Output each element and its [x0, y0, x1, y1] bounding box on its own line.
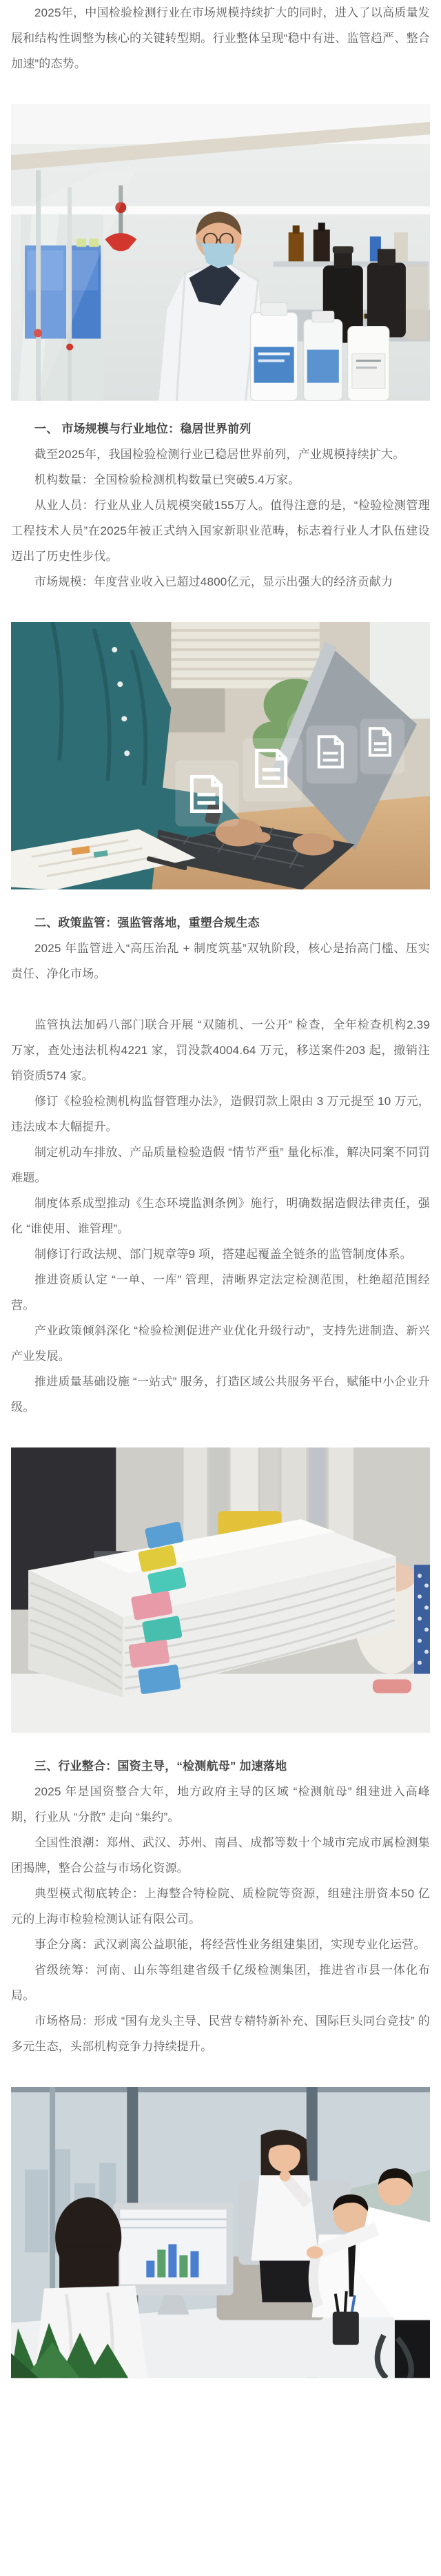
paragraph: 全国性浪潮：郑州、武汉、苏州、南昌、成都等数十个城市完成市属检测集团揭牌，整合公…	[11, 1830, 430, 1881]
lab-technician-photo	[11, 104, 430, 401]
paragraph: 从业人员：行业从业人员规模突破155万人。值得注意的是，“检验检测管理工程技术人…	[11, 493, 430, 569]
section-3-heading: 三、行业整合：国资主导，“检测航母” 加速落地	[11, 1753, 430, 1779]
paragraph: 机构数量：全国检验检测机构数量已突破5.4万家。	[11, 467, 430, 493]
paragraph: 制修订行政法规、部门规章等9 项，搭建起覆盖全链条的监管制度体系。	[11, 1241, 430, 1267]
paragraph: 修订《检验检测机构监督管理办法》，造假罚款上限由 3 万元提至 10 万元，违法…	[11, 1089, 430, 1140]
paragraph: 市场规模：年度营业收入已超过4800亿元，显示出强大的经济贡献力	[11, 569, 430, 595]
paragraph: 市场格局：形成 “国有龙头主导、民营专精特新补充、国际巨头同台竞技” 的多元生态…	[11, 2008, 430, 2059]
figure-documents	[11, 1447, 430, 1733]
section-1-heading: 一、 市场规模与行业地位：稳居世界前列	[11, 416, 430, 442]
office-team-meeting-photo	[11, 2087, 430, 2378]
paragraph: 推进质量基础设施 “一站式” 服务，打造区域公共服务平台，赋能中小企业升级。	[11, 1369, 430, 1420]
article-body: 2025年，中国检验检测行业在市场规模持续扩大的同时，进入了以高质量发展和结构性…	[0, 0, 441, 2378]
figure-lab	[11, 104, 430, 401]
figure-office-team	[11, 2087, 430, 2378]
section-2-heading: 二、政策监管：强监管落地，重塑合规生态	[11, 910, 430, 936]
paragraph: 事企分离：武汉剥离公益职能，将经营性业务组建集团，实现专业化运营。	[11, 1932, 430, 1957]
typing-laptop-documents-photo	[11, 622, 430, 890]
paragraph: 制度体系成型推动《生态环境监测条例》施行，明确数据造假法律责任，强化 “谁使用、…	[11, 1191, 430, 1241]
paragraph: 产业政策倾斜深化 “检验检测促进产业优化升级行动”，支持先进制造、新兴产业发展。	[11, 1318, 430, 1369]
figure-laptop	[11, 622, 430, 890]
paragraph: 监管执法加码八部门联合开展 “双随机、一公开” 检查，全年检查机构2.39 万家…	[11, 1012, 430, 1089]
paragraph: 截至2025年，我国检验检测行业已稳居世界前列，产业规模持续扩大。	[11, 442, 430, 467]
paper-stack-clips-photo	[11, 1447, 430, 1733]
paragraph: 典型模式彻底转企：上海整合特检院、质检院等资源，组建注册资本50 亿元的上海市检…	[11, 1881, 430, 1932]
paragraph: 2025 年监管进入“高压治乱 + 制度筑基”双轨阶段，核心是抬高门槛、压实责任…	[11, 936, 430, 987]
paragraph: 推进资质认定 “一单、一库” 管理，清晰界定法定检测范围，杜绝超范围经营。	[11, 1267, 430, 1318]
paragraph: 2025 年是国资整合大年，地方政府主导的区域 “检测航母” 组建进入高峰期，行…	[11, 1779, 430, 1830]
paragraph: 制定机动车排放、产品质量检验造假 “情节严重” 量化标准，解决同案不同罚难题。	[11, 1140, 430, 1191]
intro-paragraph: 2025年，中国检验检测行业在市场规模持续扩大的同时，进入了以高质量发展和结构性…	[11, 0, 430, 76]
paragraph: 省级统筹：河南、山东等组建省级千亿级检测集团，推进省市县一体化布局。	[11, 1957, 430, 2008]
